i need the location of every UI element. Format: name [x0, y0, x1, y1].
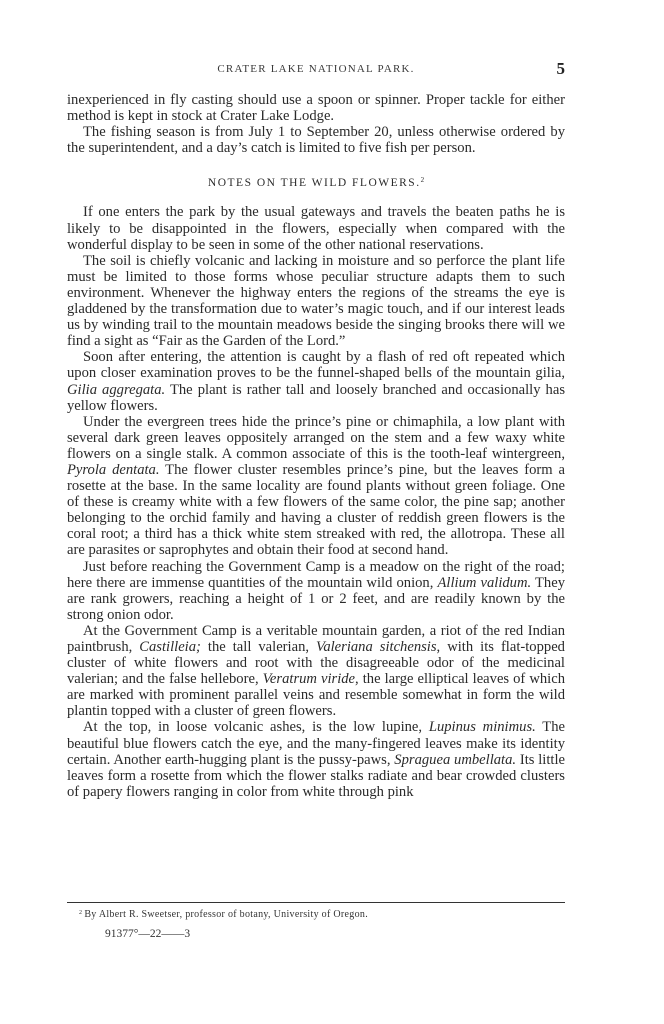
- running-head: CRATER LAKE NATIONAL PARK. 5: [67, 61, 565, 77]
- paragraph-continued: inexperienced in fly casting should use …: [67, 92, 565, 124]
- paragraph-gilia: Soon after entering, the attention is ca…: [67, 349, 565, 413]
- paragraph-fishing-season: The fishing season is from July 1 to Sep…: [67, 124, 565, 156]
- paragraph-lupine: At the top, in loose volcanic ashes, is …: [67, 719, 565, 799]
- species-name: Valeriana sitchensis: [316, 639, 437, 655]
- footnote-divider: [67, 902, 565, 903]
- paragraph-soil: The soil is chiefly volcanic and lacking…: [67, 253, 565, 350]
- footnote-marker: 2: [79, 910, 82, 916]
- footnote-text: By Albert R. Sweetser, professor of bota…: [84, 909, 368, 920]
- text-run: At the top, in loose volcanic ashes, is …: [83, 719, 429, 735]
- text-run: the tall valerian,: [201, 639, 316, 655]
- species-name: Spraguea umbellata.: [394, 752, 516, 768]
- footnote-reference: 2: [421, 176, 425, 184]
- footnote: 2By Albert R. Sweetser, professor of bot…: [79, 909, 368, 920]
- print-code: 91377°—22——3: [105, 928, 190, 940]
- section-heading: NOTES ON THE WILD FLOWERS.2: [67, 172, 565, 191]
- body-text: inexperienced in fly casting should use …: [67, 92, 565, 800]
- species-name: Lupinus minimus.: [429, 719, 536, 735]
- paragraph-government-camp: At the Government Camp is a veritable mo…: [67, 623, 565, 720]
- species-name: Allium validum.: [437, 575, 531, 591]
- species-name: Gilia aggregata.: [67, 382, 165, 398]
- section-heading-text: NOTES ON THE WILD FLOWERS.: [208, 177, 421, 189]
- paragraph-intro: If one enters the park by the usual gate…: [67, 204, 565, 252]
- text-run: Soon after entering, the attention is ca…: [67, 349, 565, 381]
- page-number: 5: [557, 59, 566, 79]
- paragraph-evergreen: Under the evergreen trees hide the princ…: [67, 414, 565, 559]
- paragraph-onion: Just before reaching the Government Camp…: [67, 559, 565, 623]
- species-name: Castilleia;: [139, 639, 201, 655]
- species-name: Veratrum viride: [263, 671, 355, 687]
- running-title: CRATER LAKE NATIONAL PARK.: [67, 63, 565, 75]
- text-run: Under the evergreen trees hide the princ…: [67, 414, 565, 462]
- species-name: Pyrola dentata.: [67, 462, 160, 478]
